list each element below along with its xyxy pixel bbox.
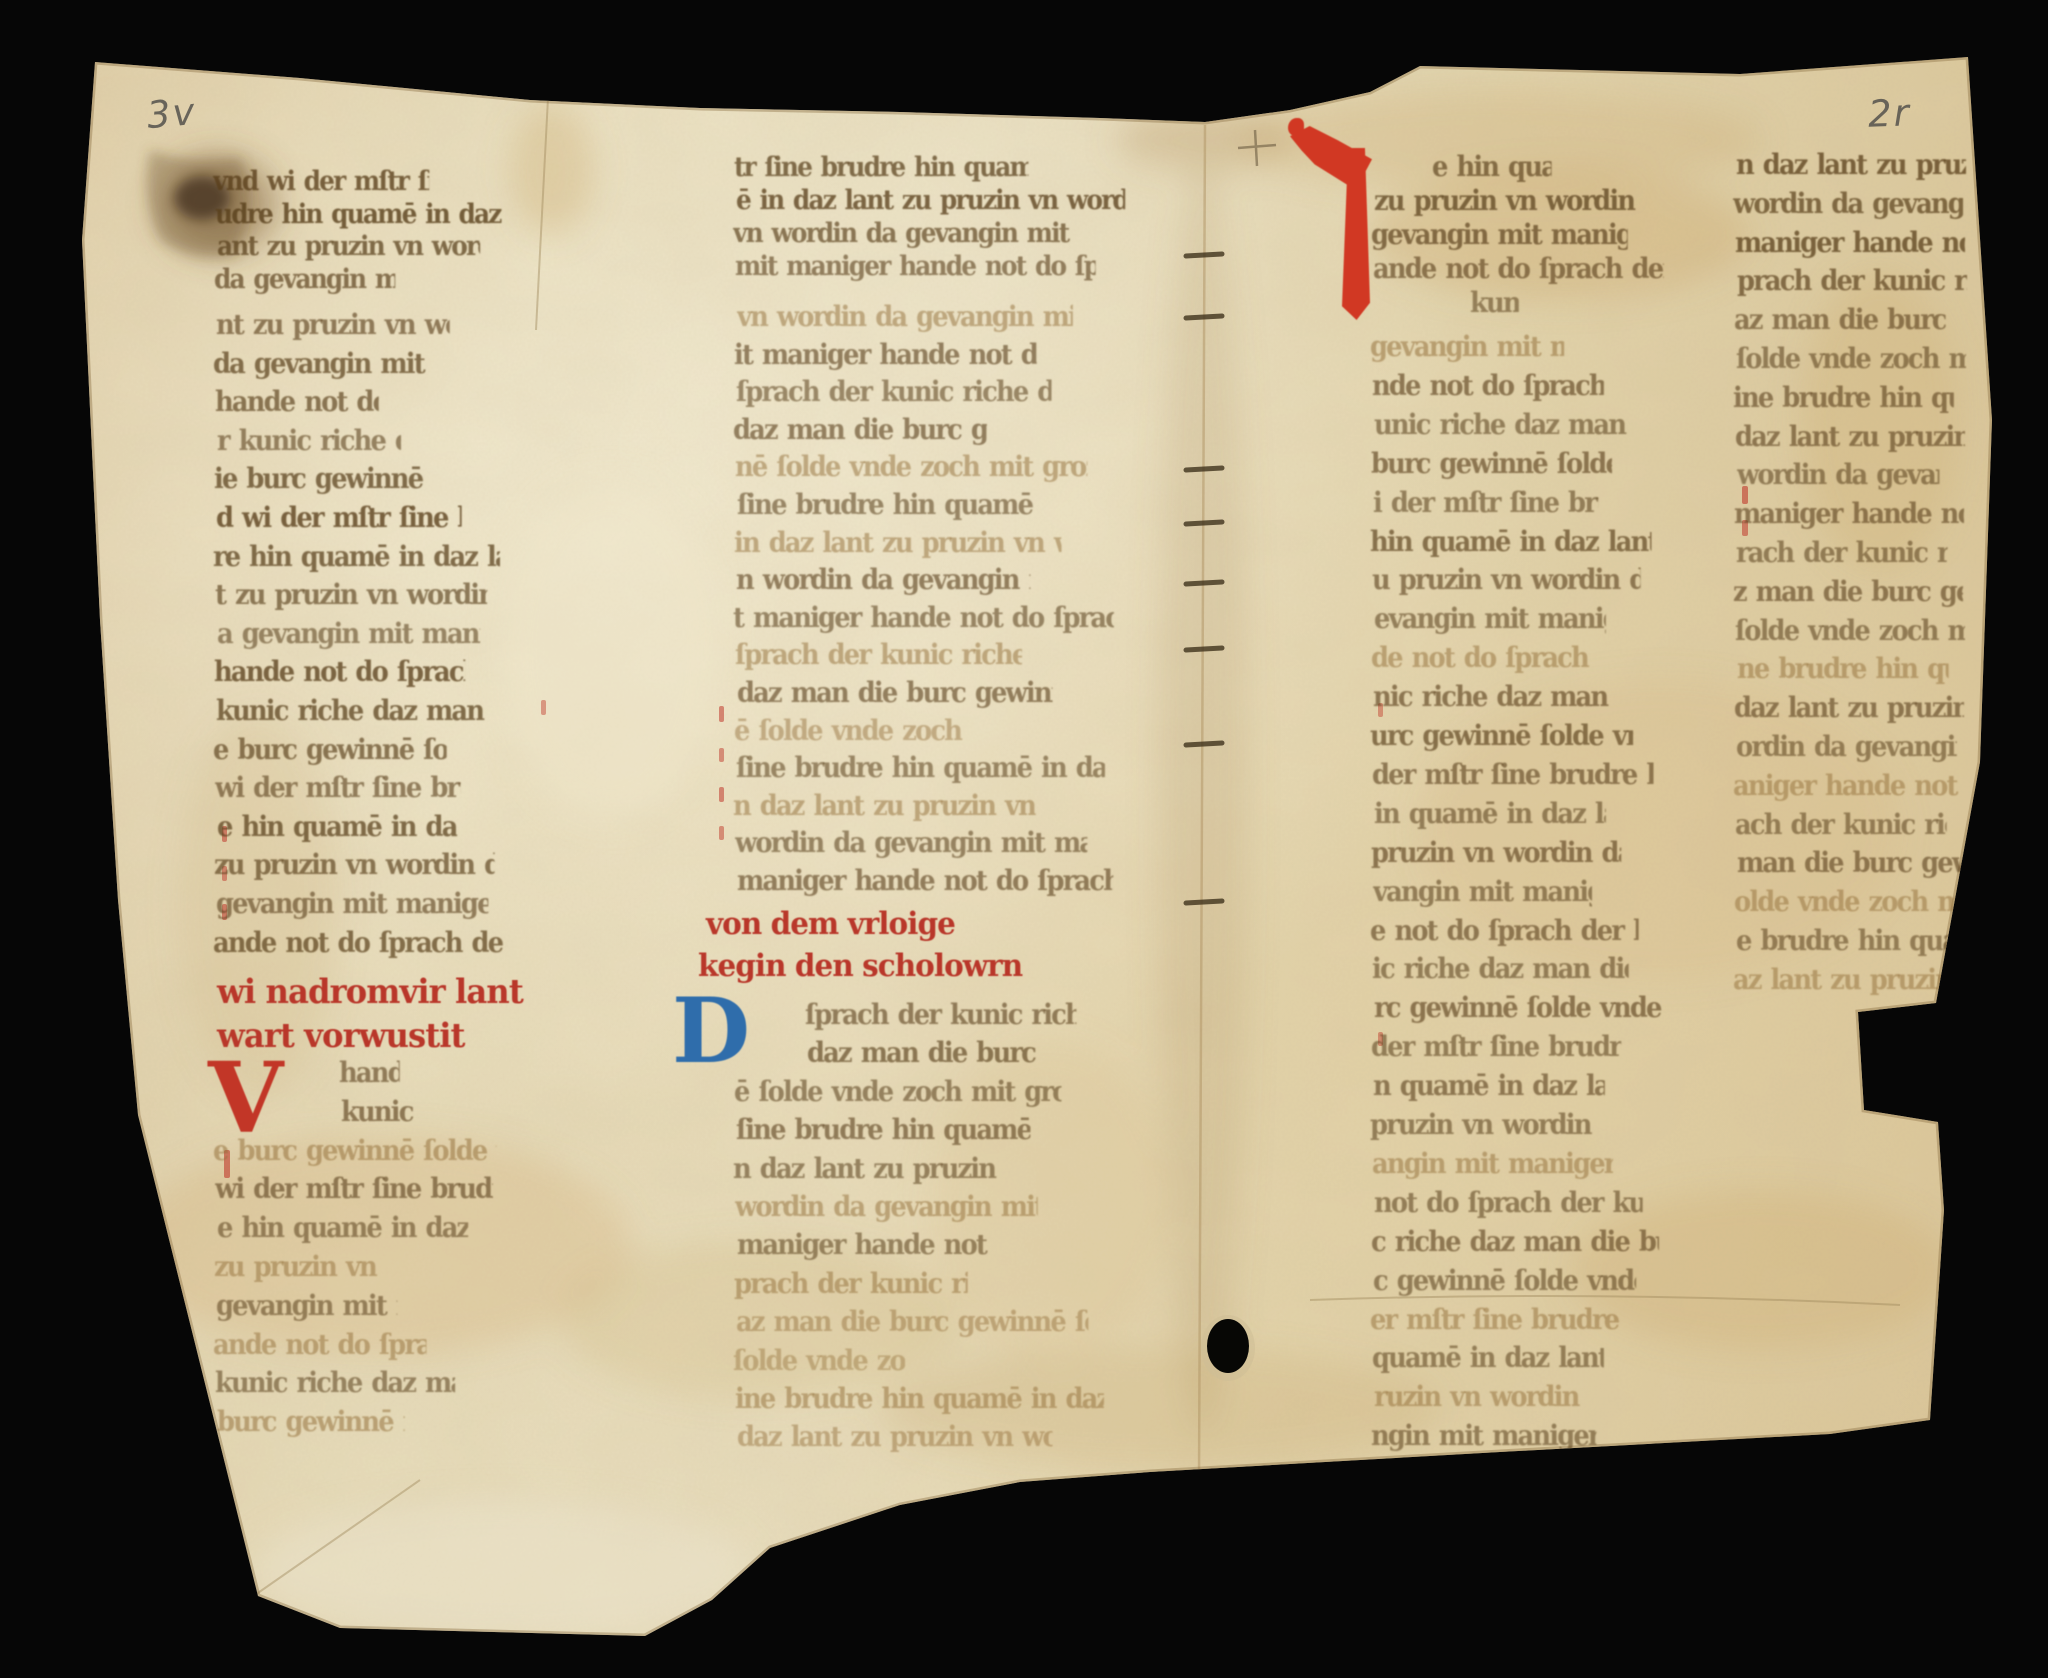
script-line-col2: vn wordin da gevangin mit maniger hande … <box>737 300 1073 333</box>
script-line-col1: a gevangin mit maniger hande not do ſpra… <box>217 617 480 650</box>
script-line-col4: wordin da gevangin mit maniger hande not… <box>1733 187 1963 220</box>
script-line-col3: c riche daz man die burc gewinnē ſolde v… <box>1371 1225 1659 1258</box>
script-line-col4: ine brudre hin quamē in daz lant zu pruz… <box>1733 381 1954 414</box>
script-line-col1: vnd wi der mſtr ſine brudre hin quamē in… <box>213 166 429 199</box>
script-line-col3: de not do ſprach der kunic riche daz man… <box>1371 641 1590 674</box>
script-line-col3: ruzin vn wordin da gevangin mit maniger … <box>1374 1380 1580 1413</box>
script-line-col3: zu pruzin vn wordin da gevangin mit mani… <box>1374 184 1643 217</box>
script-line-col3: nic riche daz man die burc gewinnē ſolde… <box>1373 680 1614 713</box>
initial-i-red: I <box>1290 118 1410 333</box>
script-line-col4: maniger hande not do ſprach der kunic ri… <box>1734 497 1964 530</box>
script-line-col4: daz lant zu pruzin vn wordin da gevangin… <box>1735 420 1965 453</box>
script-line-col3: quamē in daz lant zu pruzin vn wordin da… <box>1372 1341 1603 1374</box>
script-line-col2: wordin da gevangin mit maniger hande not… <box>735 826 1087 859</box>
script-line-col3: evangin mit maniger hande not do ſprach … <box>1374 602 1605 635</box>
script-line-col1: e burc gewinnē ſolde vnde zoch mit grozi… <box>213 733 447 766</box>
script-line-col2: az man die burc gewinnē ſolde vnde zoch … <box>736 1305 1088 1338</box>
script-line-col3: gevangin mit maniger hande not do ſprach… <box>1370 330 1564 363</box>
script-line-col3: der mſtr ſine brudre hin quamē in daz la… <box>1371 1030 1621 1063</box>
script-line-col4: maniger hande not do ſprach der kunic ri… <box>1735 226 1965 259</box>
script-line-col3: not do ſprach der kunic riche daz man di… <box>1373 1458 1645 1491</box>
script-line-col2: ē ſolde vnde zoch mit grozim here kegin … <box>734 714 967 747</box>
script-line-col2: prach der kunic riche daz man die burc g… <box>734 1267 967 1300</box>
script-line-col2: maniger hande not do ſprach der kunic ri… <box>737 1228 991 1261</box>
script-line-col1: wi der mſtr ſine brudre hin quamē in daz… <box>215 1172 493 1205</box>
script-line-col4: rach der kunic riche daz man die burc ge… <box>1736 536 1948 569</box>
script-line-col3: e hin quamē in daz lant zu pruzin vn wor… <box>1432 150 1552 183</box>
manuscript-text: vnd wi der mſtr ſine brudre hin quamē in… <box>0 0 2048 1678</box>
script-line-col3: kunic riche daz man die burc gewinnē ſol… <box>1470 286 1519 319</box>
script-line-col1: t zu pruzin vn wordin da gevangin mit ma… <box>215 578 487 611</box>
script-line-col3: ande not do ſprach der kunic riche daz m… <box>1373 252 1664 285</box>
script-line-col2: ſprach der kunic riche daz man die burc … <box>735 638 1022 671</box>
script-line-col1: gevangin mit maniger hande not do ſprach… <box>216 887 488 920</box>
script-line-col4: ordin da gevangin mit maniger hande not … <box>1736 730 1957 763</box>
script-line-col3: nde not do ſprach der kunic riche daz ma… <box>1372 369 1603 402</box>
script-line-col1: re hin quamē in daz lant zu pruzin vn wo… <box>213 540 500 573</box>
script-line-col3: angin mit maniger hande not do ſprach de… <box>1372 1147 1613 1180</box>
script-line-col3: n quamē in daz lant zu pruzin vn wordin … <box>1373 1069 1604 1102</box>
script-line-col2: ine brudre hin quamē in daz lant zu pruz… <box>735 1382 1103 1415</box>
script-line-col2: ſine brudre hin quamē in daz lant zu pru… <box>737 488 1040 521</box>
script-line-col1: e hin quamē in daz lant zu pruzin vn wor… <box>217 810 457 843</box>
script-line-col2: daz man die burc gewinnē ſolde vnde zoch… <box>733 413 987 446</box>
script-line-col4: ne brudre hin quamē in daz lant zu pruzi… <box>1737 652 1949 685</box>
script-line-col3: in quamē in daz lant zu pruzin vn wordin… <box>1374 797 1605 830</box>
script-line-col1: burc gewinnē ſolde vnde zoch mit grozim … <box>217 1405 404 1438</box>
script-line-col3: er mſtr ſine brudre hin quamē in daz lan… <box>1370 1303 1620 1336</box>
script-line-col2: n wordin da gevangin mit maniger hande n… <box>736 563 1031 596</box>
script-line-col3: der mſtr ſine brudre hin quamē in daz la… <box>1372 758 1654 791</box>
script-line-col1: hande not do ſprach der kunic riche daz … <box>215 385 379 418</box>
script-line-col1: d wi der mſtr ſine brudre hin quamē in d… <box>216 501 462 534</box>
script-line-col4: az lant zu pruzin vn wordin da gevangin … <box>1733 963 1945 996</box>
script-line-col3: i der mſtr ſine brudre hin quamē in daz … <box>1373 486 1598 519</box>
script-line-col3: pruzin vn wordin da gevangin mit maniger… <box>1370 1108 1595 1141</box>
script-line-col1: kunic riche daz man die burc gewinnē ſol… <box>341 1095 419 1128</box>
parchment-leaf: 3v 2r vnd wi der mſtr ſine brudre hin qu… <box>0 0 2048 1678</box>
script-line-col2: it maniger hande not do ſprach der kunic… <box>734 338 1037 371</box>
script-line-col4: z man die burc gewinnē ſolde vnde zoch m… <box>1733 575 1963 608</box>
script-line-col4: aniger hande not do ſprach der kunic ric… <box>1733 769 1963 802</box>
script-line-col1: ande not do ſprach der kunic riche daz m… <box>213 1328 427 1361</box>
script-line-col4: prach der kunic riche daz man die burc g… <box>1737 264 1967 297</box>
script-line-col3: hin quamē in daz lant zu pruzin vn wordi… <box>1370 525 1652 558</box>
script-line-col4: e brudre hin quamē in daz lant zu pruzin… <box>1736 924 1966 957</box>
script-line-col4: n daz lant zu pruzin vn wordin da gevang… <box>1736 148 1966 181</box>
script-line-col2: maniger hande not do ſprach der kunic ri… <box>737 864 1114 897</box>
script-line-col2: n daz lant zu pruzin vn wordin da gevang… <box>733 789 1036 822</box>
script-line-col4: olde vnde zoch mit grozim here kegin der… <box>1734 885 1955 918</box>
script-line-col2: wordin da gevangin mit maniger hande not… <box>735 1190 1038 1223</box>
script-line-col1: wi der mſtr ſine brudre hin quamē in daz… <box>215 771 461 804</box>
photo-backdrop: 3v 2r vnd wi der mſtr ſine brudre hin qu… <box>0 0 2048 1678</box>
script-line-col3: ic riche daz man die burc gewinnē ſolde … <box>1372 952 1628 985</box>
script-line-col1: ie burc gewinnē ſolde vnde zoch mit groz… <box>214 462 425 495</box>
script-line-col2: vn wordin da gevangin mit maniger hande … <box>733 218 1077 251</box>
script-line-col1: kunic riche daz man die burc gewinnē ſol… <box>216 694 485 727</box>
script-line-col3: rc gewinnē ſolde vnde zoch mit grozim he… <box>1374 991 1665 1024</box>
script-line-col1: ande not do ſprach der kunic riche daz m… <box>213 926 503 959</box>
script-line-col3: e not do ſprach der kunic riche daz man … <box>1370 914 1639 947</box>
script-line-col2: ſolde vnde zoch mit grozim here kegin de… <box>733 1344 905 1377</box>
script-line-col4: ach der kunic riche daz man die burc gew… <box>1735 808 1947 841</box>
script-line-col1: e hin quamē in daz lant zu pruzin vn wor… <box>217 1211 469 1244</box>
script-line-col2: in daz lant zu pruzin vn wordin da gevan… <box>734 526 1062 559</box>
script-line-col2: n daz lant zu pruzin vn wordin da gevang… <box>733 1152 1003 1185</box>
script-line-col1: ant zu pruzin vn wordin da gevangin mit … <box>217 231 480 264</box>
script-line-col4: ſolde vnde zoch mit grozim here kegin de… <box>1736 342 1966 375</box>
script-line-col3: u pruzin vn wordin da gevangin mit manig… <box>1372 563 1641 596</box>
script-line-col1: gevangin mit maniger hande not do ſprach… <box>216 1289 397 1322</box>
script-line-col4: az man die burc gewinnē ſolde vnde zoch … <box>1734 303 1946 336</box>
script-line-col4: man die burc gewinnē ſolde vnde zoch mit… <box>1737 846 1967 879</box>
script-line-col2: ē ſolde vnde zoch mit grozim here kegin … <box>734 1075 1062 1108</box>
script-line-col4: daz lant zu pruzin vn wordin da gevangin… <box>1734 691 1964 724</box>
script-line-col1: da gevangin mit maniger hande not do ſpr… <box>214 264 395 297</box>
script-line-col3: not do ſprach der kunic riche daz man di… <box>1374 1186 1643 1219</box>
script-line-col2: ſine brudre hin quamē in daz lant zu pru… <box>736 1113 1031 1146</box>
rubric-col2-line1: von dem vrloige <box>706 906 955 942</box>
script-line-col1: nt zu pruzin vn wordin da gevangin mit m… <box>216 308 450 341</box>
script-line-col1: hande not do ſprach der kunic riche daz … <box>339 1056 400 1089</box>
script-line-col2: ſprach der kunic riche daz man die burc … <box>736 375 1051 408</box>
initial-d-blue: D <box>672 986 750 1076</box>
script-line-col2: daz man die burc gewinnē ſolde vnde zoch… <box>737 676 1052 709</box>
script-line-col2: tr ſine brudre hin quamē in daz lant zu … <box>734 152 1029 185</box>
script-line-col1: hande not do ſprach der kunic riche daz … <box>214 655 466 688</box>
initial-v-red: V <box>208 1050 283 1147</box>
script-line-col3: urc gewinnē ſolde vnde zoch mit grozim h… <box>1370 719 1633 752</box>
script-line-col2: ſprach der kunic riche daz man die burc … <box>805 998 1076 1031</box>
script-line-col2: ē in daz lant zu pruzin vn wordin da gev… <box>736 185 1125 218</box>
script-line-col3: ngin mit maniger hande not do ſprach der… <box>1371 1419 1596 1452</box>
script-line-col2: ſine brudre hin quamē in daz lant zu pru… <box>736 751 1104 784</box>
script-line-col2: daz man die burc gewinnē ſolde vnde zoch… <box>807 1036 1046 1069</box>
script-line-col4: ſolde vnde zoch mit grozim here kegin de… <box>1735 614 1965 647</box>
script-line-col3: pruzin vn wordin da gevangin mit maniger… <box>1371 836 1621 869</box>
script-line-col2: daz lant zu pruzin vn wordin da gevangin… <box>737 1420 1052 1453</box>
script-line-col1: da gevangin mit maniger hande not do ſpr… <box>213 347 429 380</box>
script-line-col3: vangin mit maniger hande not do ſprach d… <box>1373 875 1592 908</box>
rubric-col1-line1: wi nadromvir lant <box>217 972 523 1012</box>
script-line-col1: udre hin quamē in daz lant zu pruzin vn … <box>215 199 502 232</box>
script-line-col3: c gewinnē ſolde vnde zoch mit grozim her… <box>1373 1264 1636 1297</box>
script-line-col4: wordin da gevangin mit maniger hande not… <box>1737 458 1939 491</box>
script-line-col1: kunic riche daz man die burc gewinnē ſol… <box>215 1366 455 1399</box>
script-line-col3: burc gewinnē ſolde vnde zoch mit grozim … <box>1371 447 1612 480</box>
script-line-col2: mit maniger hande not do ſprach der kuni… <box>735 251 1095 284</box>
script-line-col2: t maniger hande not do ſprach der kunic … <box>733 601 1114 634</box>
script-line-col1: zu pruzin vn wordin da gevangin mit mani… <box>214 848 495 881</box>
script-line-col3: unic riche daz man die burc gewinnē ſold… <box>1374 408 1630 441</box>
script-line-col1: r kunic riche daz man die burc gewinnē ſ… <box>217 424 401 457</box>
script-line-col1: zu pruzin vn wordin da gevangin mit mani… <box>214 1250 381 1283</box>
script-line-col2: nē ſolde vnde zoch mit grozim here kegin… <box>735 450 1087 483</box>
